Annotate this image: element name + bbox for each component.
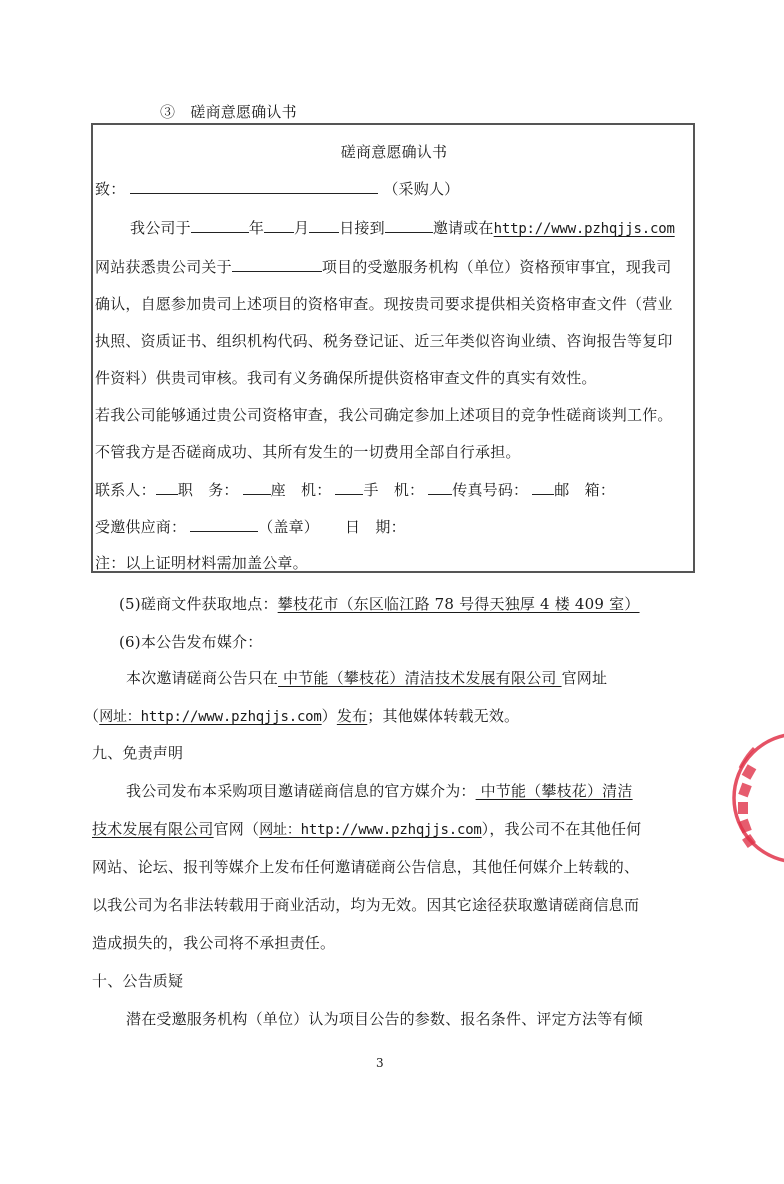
item6-line-2: （网址：http://www.pzhqjjs.com）发布；其他媒体转载无效。 bbox=[84, 706, 519, 727]
form-to-line: 致： （采购人） bbox=[95, 179, 459, 199]
to-label: 致： bbox=[95, 180, 125, 198]
website-link[interactable]: 网址：http://www.pzhqjjs.com bbox=[259, 822, 481, 838]
landline-blank[interactable] bbox=[335, 480, 363, 495]
project-blank[interactable] bbox=[232, 257, 322, 272]
form-paragraph-line-7: 不管我方是否磋商成功、其所有发生的一切费用全部自行承担。 bbox=[95, 442, 521, 462]
text: 官网（ bbox=[214, 820, 260, 838]
position-blank[interactable] bbox=[243, 480, 271, 495]
text: ） bbox=[322, 707, 337, 725]
supplier-blank[interactable] bbox=[190, 517, 258, 532]
section9-line-4: 以我公司为名非法转载用于商业活动，均为无效。因其它途径获取邀请磋商信息而 bbox=[92, 895, 639, 915]
landline-label: 座 机： bbox=[271, 481, 332, 499]
text: 年 bbox=[249, 219, 264, 237]
item5-address: 攀枝花市（东区临江路 78 号得天独厚 4 楼 409 室） bbox=[278, 595, 640, 613]
email-label: 邮 箱： bbox=[554, 481, 615, 499]
seal-label: （盖章） bbox=[258, 518, 319, 536]
purchaser-suffix: （采购人） bbox=[383, 180, 459, 198]
company-seal-stamp-icon bbox=[730, 718, 784, 878]
section-heading-confirmation: ③ 磋商意愿确认书 bbox=[160, 102, 297, 122]
text: （ bbox=[84, 707, 99, 725]
fax-blank[interactable] bbox=[532, 480, 554, 495]
text: 我公司发布本采购项目邀请磋商信息的官方媒介为： bbox=[126, 782, 476, 800]
text: 我公司于 bbox=[130, 219, 191, 237]
website-link[interactable]: http://www.pzhqjjs.com bbox=[494, 221, 675, 237]
position-label: 职 务： bbox=[178, 481, 239, 499]
section9-heading: 九、免责声明 bbox=[92, 743, 183, 763]
contact-person-label: 联系人： bbox=[95, 481, 156, 499]
form-title: 磋商意愿确认书 bbox=[0, 142, 784, 162]
form-paragraph-line-1: 我公司于年月日接到邀请或在http://www.pzhqjjs.com bbox=[130, 218, 675, 239]
form-paragraph-line-3: 确认，自愿参加贵司上述项目的资格审查。现按贵司要求提供相关资格审查文件（营业 bbox=[95, 294, 673, 314]
text: 日接到 bbox=[339, 219, 385, 237]
contact-person-blank[interactable] bbox=[156, 480, 178, 495]
section9-line-5: 造成损失的，我公司将不承担责任。 bbox=[92, 933, 335, 953]
document-page: ③ 磋商意愿确认书 磋商意愿确认书 致： （采购人） 我公司于年月日接到邀请或在… bbox=[0, 0, 784, 1184]
section9-line-3: 网站、论坛、报刊等媒介上发布任何邀请磋商公告信息，其他任何媒介上转载的、 bbox=[92, 857, 639, 877]
text: 项目的受邀服务机构（单位）资格预审事宜，现我司 bbox=[322, 258, 672, 276]
item5-label: (5)磋商文件获取地点： bbox=[119, 595, 278, 613]
text: 官网址 bbox=[562, 669, 608, 687]
purchaser-blank[interactable] bbox=[130, 179, 378, 194]
text: ），我公司不在其他任何 bbox=[482, 820, 642, 838]
form-paragraph-line-4: 执照、资质证书、组织机构代码、税务登记证、近三年类似咨询业绩、咨询报告等复印 bbox=[95, 331, 673, 351]
item5-pickup-location: (5)磋商文件获取地点：攀枝花市（东区临江路 78 号得天独厚 4 楼 409 … bbox=[119, 594, 640, 614]
form-paragraph-line-6: 若我公司能够通过贵公司资格审查，我公司确定参加上述项目的竞争性磋商谈判工作。 bbox=[95, 405, 673, 425]
month-blank[interactable] bbox=[264, 218, 294, 233]
text: 月 bbox=[294, 219, 309, 237]
company-name: 中节能（攀枝花）清洁技术发展有限公司 bbox=[278, 669, 562, 687]
item6-heading: (6)本公告发布媒介： bbox=[119, 632, 262, 652]
day-blank[interactable] bbox=[309, 218, 339, 233]
date-label: 日 期： bbox=[345, 518, 406, 536]
text: 本次邀请磋商公告只在 bbox=[126, 669, 278, 687]
mobile-blank[interactable] bbox=[428, 480, 452, 495]
text: 网站获悉贵公司关于 bbox=[95, 258, 232, 276]
company-name: 中节能（攀枝花）清洁 bbox=[476, 782, 633, 800]
supplier-line: 受邀供应商：（盖章）日 期： bbox=[95, 517, 406, 537]
publish-text: 发布 bbox=[337, 707, 367, 725]
form-paragraph-line-2: 网站获悉贵公司关于项目的受邀服务机构（单位）资格预审事宜，现我司 bbox=[95, 257, 671, 277]
form-paragraph-line-5: 件资料）供贵司审核。我司有义务确保所提供资格审查文件的真实有效性。 bbox=[95, 368, 597, 388]
supplier-label: 受邀供应商： bbox=[95, 518, 186, 536]
company-name: 技术发展有限公司 bbox=[92, 820, 214, 838]
year-blank[interactable] bbox=[191, 218, 249, 233]
section10-line-1: 潜在受邀服务机构（单位）认为项目公告的参数、报名条件、评定方法等有倾 bbox=[126, 1009, 643, 1029]
text: ；其他媒体转载无效。 bbox=[367, 707, 519, 725]
contact-fields-line: 联系人：职 务：座 机：手 机：传真号码：邮 箱： bbox=[95, 480, 615, 500]
website-link[interactable]: 网址：http://www.pzhqjjs.com bbox=[99, 709, 321, 725]
mobile-label: 手 机： bbox=[363, 481, 424, 499]
section9-line-2: 技术发展有限公司官网（网址：http://www.pzhqjjs.com），我公… bbox=[92, 819, 641, 840]
section9-line-1: 我公司发布本采购项目邀请磋商信息的官方媒介为： 中节能（攀枝花）清洁 bbox=[126, 781, 633, 801]
section10-heading: 十、公告质疑 bbox=[92, 971, 183, 991]
fax-label: 传真号码： bbox=[452, 481, 528, 499]
inviter-blank[interactable] bbox=[385, 218, 433, 233]
item6-line-1: 本次邀请磋商公告只在 中节能（攀枝花）清洁技术发展有限公司 官网址 bbox=[126, 668, 607, 688]
form-title-text: 磋商意愿确认书 bbox=[4, 142, 784, 162]
form-note: 注：以上证明材料需加盖公章。 bbox=[95, 553, 308, 573]
text: 邀请或在 bbox=[433, 219, 494, 237]
page-number: 3 bbox=[376, 1056, 384, 1070]
